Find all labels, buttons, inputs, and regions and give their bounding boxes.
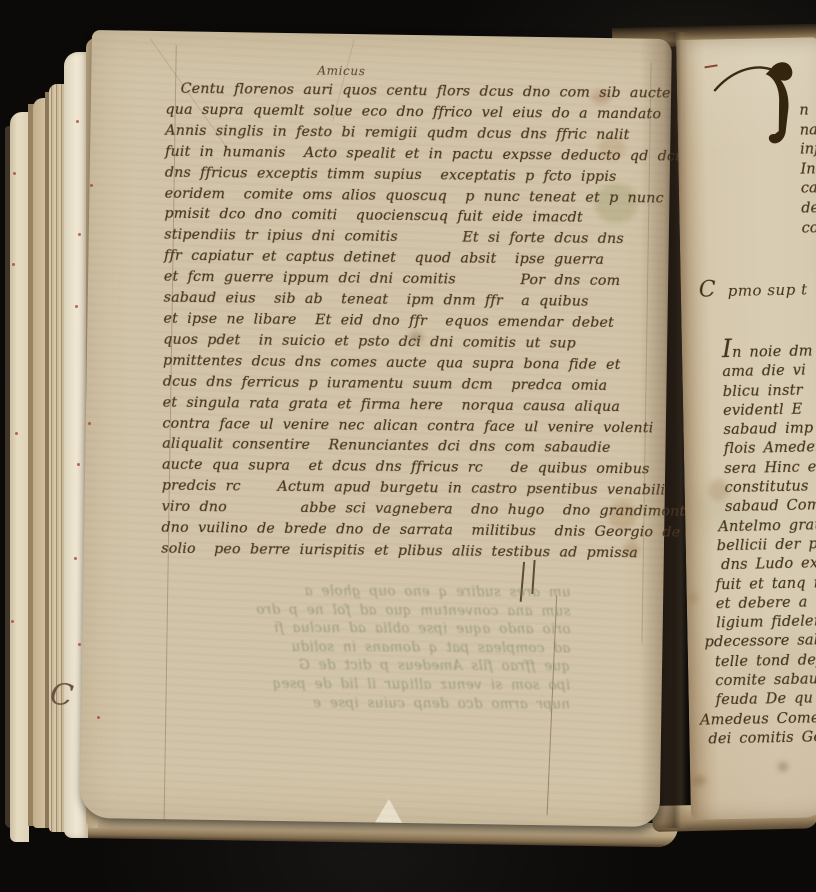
stain [409,331,423,343]
stain [608,500,636,530]
red-fleck [78,643,81,646]
text-line: aliqualit consentire Renunciantes dci dn… [162,434,660,460]
text-line: pdecessore sabau [698,630,816,653]
text-line: feuda De qu [710,688,816,711]
running-header: Amicus [317,64,365,79]
text-line: orio ando aque ipse oblia ad nuclua fi [160,618,570,639]
text-line: qua supra quemlt solue eco dno ffrico ve… [165,100,663,126]
rubric-paragraph-mark: C [699,277,716,302]
text-line: dei comitis Ge [702,727,816,750]
cutoff-text-fragments: nnainfIndcardencon [799,101,816,239]
text-line: fuit et tanq n [709,573,816,596]
text-line: telle tond defe [709,650,816,673]
page-edge-strip [10,112,29,842]
red-fleck [15,432,18,435]
text-line: ffr capiatur et captus detinet quod absi… [164,246,662,272]
text-line: aucte qua supra et dcus dns ffricus rc d… [162,455,660,481]
text-line: Annis singlis in festo bi remigii qudm d… [165,121,663,147]
show-through-text: um ares sudire q eno oup ghole asum ana … [160,581,571,713]
manuscript-photo: C Amicus Centu florenos auri quos centu … [0,0,816,892]
text-line: viro dno abbe sci vagnebera dno hugo dno… [162,497,660,523]
text-line: Amedeus Come [694,708,816,731]
right-text-block: In noie dmama die viblicu instrevidentl … [716,336,816,749]
text-line: dno vuilino de brede dno de sarrata mili… [161,518,659,544]
text-line: et singula rata grata et firma here norq… [163,392,661,418]
text-line: flois Amedei [718,437,816,460]
text-line: contra face ul venire nec alican contra … [162,413,660,439]
text-line: con [801,219,816,239]
text-line: dns ffricus exceptis timm supius excepta… [165,162,663,188]
pen-descender [520,562,525,602]
stain [594,183,639,224]
rubric-line: Cpmo sup t [699,276,808,303]
margin-ruling-right [641,63,651,643]
text-line: et ipse ne libare Et eid dno ffr equos e… [163,309,661,335]
crease-line [332,39,355,121]
page-edge-strip [49,84,65,832]
stain [624,540,640,556]
text-line: sera Hinc e [718,457,816,480]
text-line: evidentl E [717,399,816,422]
stain [591,90,611,104]
margin-ruling-left [164,45,177,821]
red-fleck [12,263,15,266]
text-line: ipo som si venuz alliqur il lid de pseq [160,674,570,695]
main-text-block: Centu florenos auri quos centu flors dcu… [161,79,664,565]
text-line: ligium fidelem [710,611,816,634]
text-line: sum ana conventum quo ad fol ne p dro [160,600,570,621]
stain [598,136,626,160]
text-line: n [799,101,816,121]
text-line: um ares sudire q eno oup ghole a [161,581,571,602]
text-line: et fcm guerre ippum dci dni comitis Por … [164,267,662,293]
large-initial-I [700,56,807,150]
text-line: dcus dns ferricus p iuramentu suum dcm p… [163,371,661,397]
red-fleck [75,305,78,308]
red-fleck [74,557,77,560]
crease-line [547,595,558,815]
text-line: predcis rc Actum apud burgetu in castro … [162,476,660,502]
text-line: na [800,121,816,141]
text-line: sabaud Com [719,495,816,518]
red-fleck [78,233,81,236]
crease-line [150,38,231,153]
text-line: bellicii der pn [711,534,816,557]
text-line: fuit in humanis Acto spealit et in pactu… [165,141,663,167]
text-line: sabaud eius sib ab teneat ipm dnm ffr a … [164,288,662,314]
text-line: Centu florenos auri quos centu flors dcu… [166,79,664,105]
text-line: den [801,199,816,219]
text-line: comite sabaud [709,669,816,692]
text-line: dns Ludo ex [715,553,816,576]
text-line: pmisit dco dno comiti quocienscuq fuit e… [164,204,662,230]
text-line: ad compleas pat q domans in solidu [160,637,570,658]
page-edge-strip [33,98,45,828]
red-fleck [13,172,16,175]
stain [692,776,706,786]
text-line: eoridem comite oms alios quoscuq p nunc … [165,183,663,209]
text-line: Antelmo graul [712,515,816,538]
text-line: nupr armo dco denp cuius ipse e [160,693,570,714]
red-fleck [77,463,80,466]
red-fleck [11,620,14,623]
red-fleck [88,422,91,425]
pen-descender [531,560,535,594]
text-line: pmittentes dcus dns comes aucte qua supr… [163,350,661,376]
text-line: sabaud imp [717,418,816,441]
text-line: solio peo berre iurispitis et plibus ali… [161,539,659,565]
red-fleck [90,184,93,187]
text-line: In noie dm [716,336,816,364]
left-page: Amicus Centu florenos auri quos centu fl… [80,30,672,827]
text-line: ama die vi [716,360,816,383]
underleaf-margin-letter: C [48,677,76,715]
red-fleck [76,120,79,123]
text-line: Ind [800,160,816,180]
text-line: car [801,179,816,199]
rubric-text: pmo sup t [728,281,808,301]
text-line: stipendiis tr ipius dni comitis Et si fo… [164,225,662,251]
text-line: quos pdet in suicio et psto dci dni comi… [163,330,661,356]
text-line: inf [800,140,816,160]
text-line: que ffrao fils Amedeus p dict de G [160,656,570,677]
text-line: blicu instr [717,380,816,403]
red-fleck [97,716,100,719]
text-line: et debere a [710,592,816,615]
text-line: constitutus g [718,476,816,499]
stain [687,592,699,604]
stain [778,762,788,771]
bottom-edge-notch [372,798,406,823]
right-page: nnainfIndcardencon Cpmo sup t In noie dm… [676,37,816,820]
